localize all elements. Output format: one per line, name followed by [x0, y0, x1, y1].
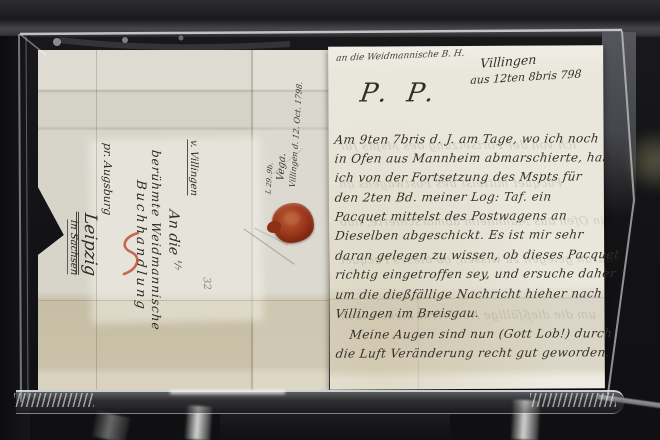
- address-line-2: berühmte Weidmannische: [148, 149, 164, 356]
- body-line: um die dießfällige Nachricht hieher nach: [335, 286, 604, 301]
- background-left-shadow: [0, 36, 30, 440]
- floor-reflection: [220, 414, 450, 440]
- body-line: in Ofen aus Mannheim abmarschierte, hab: [334, 150, 612, 165]
- body-line: die Luft Veränderung recht gut geworden.: [335, 345, 611, 360]
- body-line: Pacquet mittelst des Postwagens an: [334, 208, 568, 223]
- address-line-1: An die: [165, 209, 181, 256]
- red-wax-seal: [272, 203, 314, 243]
- body-line: richtig eingetroffen sey, und ersuche da…: [334, 266, 616, 281]
- envelope-address-leaf: v. Villingen An die ¹/₇ berühmte Weidman…: [38, 50, 329, 390]
- body-line: den 2ten Bd. meiner Log: Taf. ein: [334, 190, 552, 205]
- body-line: Meine Augen sind nun (Gott Lob!) durch: [349, 326, 613, 341]
- body-line: ich von der Fortsetzung des Mspts für: [334, 169, 583, 184]
- salutation: P. P.: [358, 78, 442, 108]
- destination-region: in Sachsen: [67, 219, 79, 275]
- red-crayon-squiggle: [116, 230, 146, 278]
- stand-leg-reflection: [92, 411, 131, 440]
- postage-mark: 32: [201, 277, 212, 290]
- tray-edge-texture: [14, 393, 94, 407]
- background-shelf-band: [0, 0, 660, 37]
- archive-note: an die Weidmannische B. H.: [336, 49, 466, 64]
- tray-edge-texture: [530, 393, 616, 407]
- museum-display-photo: v. Villingen An die ¹/₇ berühmte Weidman…: [0, 0, 660, 440]
- background-right-strip: [602, 32, 636, 217]
- body-line: Am 9ten 7bris d. J. am Tage, wo ich noch: [334, 131, 600, 146]
- letter-page: an die Weidmannische B. H. Villingen aus…: [328, 45, 605, 389]
- origin-note: v. Villingen: [187, 139, 199, 196]
- postal-rate-mark: ¹/₇: [172, 259, 182, 270]
- clerk-registry-note-rotated: L 29. 9b. Vega. Villingen d. 12. Oct. 17…: [263, 90, 310, 197]
- place-line: Villingen: [480, 52, 537, 71]
- body-line: Dieselben abgeschickt. Es ist mir sehr: [334, 227, 584, 242]
- route-note: pr. Augsburg: [100, 142, 114, 355]
- tray-highlight: [170, 390, 285, 394]
- body-line: daran gelegen zu wissen, ob dieses Pacqu…: [334, 247, 620, 262]
- body-line: Villingen im Breisgau.: [335, 306, 480, 321]
